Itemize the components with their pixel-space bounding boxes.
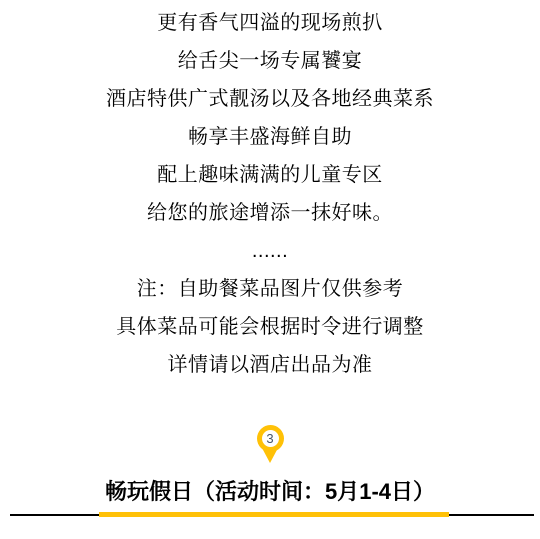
intro-line: 更有香气四溢的现场煎扒 (0, 4, 540, 42)
section-title: 畅玩假日（活动时间：5月1-4日） (0, 477, 540, 507)
divider-yellow-accent-line (99, 512, 449, 517)
intro-line: 酒店特供广式靓汤以及各地经典菜系 (0, 80, 540, 118)
intro-line: 配上趣味满满的儿童专区 (0, 156, 540, 194)
intro-text-block: 更有香气四溢的现场煎扒 给舌尖一场专属饕宴 酒店特供广式靓汤以及各地经典菜系 畅… (0, 4, 540, 384)
section-number-badge: 3 (262, 430, 279, 447)
intro-line: 给您的旅途增添一抹好味。 (0, 194, 540, 232)
intro-ellipsis-line: ...... (0, 232, 540, 270)
location-pin-icon: 3 (257, 425, 284, 452)
intro-line: 畅享丰盛海鲜自助 (0, 118, 540, 156)
section-marker: 3 (256, 425, 284, 463)
intro-line: 给舌尖一场专属饕宴 (0, 42, 540, 80)
intro-note-line: 注：自助餐菜品图片仅供参考 (0, 270, 540, 308)
promo-article-section: 更有香气四溢的现场煎扒 给舌尖一场专属饕宴 酒店特供广式靓汤以及各地经典菜系 畅… (0, 0, 540, 539)
intro-note-line: 具体菜品可能会根据时令进行调整 (0, 308, 540, 346)
intro-note-line: 详情请以酒店出品为准 (0, 346, 540, 384)
